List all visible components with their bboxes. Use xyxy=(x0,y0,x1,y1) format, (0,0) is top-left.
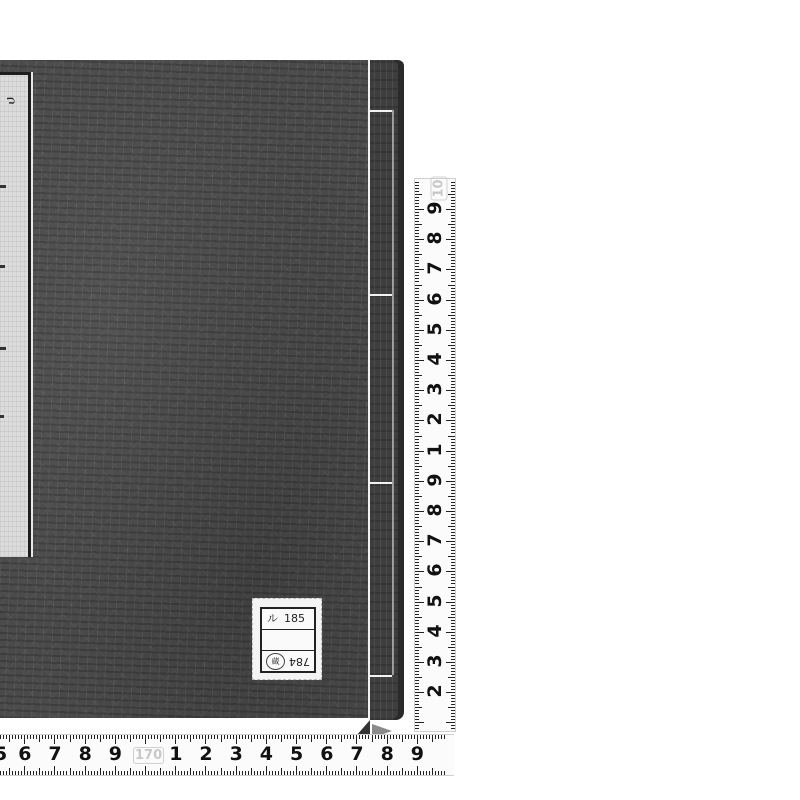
ruler-tick xyxy=(208,771,209,775)
ruler-tick xyxy=(94,771,95,775)
ruler-tick xyxy=(106,735,107,739)
ruler-tick xyxy=(451,381,455,382)
ruler-tick xyxy=(415,665,419,666)
ruler-tick xyxy=(448,526,455,527)
ruler-tick xyxy=(415,701,419,702)
ruler-tick xyxy=(302,735,303,739)
ruler-tick xyxy=(97,735,98,739)
ruler-tick xyxy=(103,735,104,739)
ruler-tick xyxy=(448,375,455,376)
spine-stitch xyxy=(368,482,392,484)
ruler-tick xyxy=(415,360,424,361)
ruler-tick xyxy=(196,771,197,775)
ruler-tick xyxy=(127,735,128,739)
ruler-tick xyxy=(451,227,455,228)
ruler-tick xyxy=(446,632,455,633)
ruler-tick xyxy=(415,454,419,455)
ruler-tick xyxy=(415,695,419,696)
ruler-tick xyxy=(27,735,28,739)
ruler-tick xyxy=(446,239,455,240)
ruler-tick xyxy=(384,771,385,775)
ruler-tick xyxy=(451,695,455,696)
ruler-tick xyxy=(51,771,52,775)
ruler-tick xyxy=(451,324,455,325)
ruler-tick xyxy=(415,182,419,183)
ruler-tick xyxy=(66,735,67,739)
ruler-tick xyxy=(323,735,324,739)
ruler-tick xyxy=(415,526,422,527)
ruler-tick xyxy=(399,735,400,739)
ruler-tick xyxy=(448,405,455,406)
ruler-tick xyxy=(384,735,385,739)
ruler-tick xyxy=(451,641,455,642)
ruler-tick xyxy=(263,771,264,775)
ruler-tick xyxy=(438,735,439,739)
ruler-tick xyxy=(451,402,455,403)
ruler-tick xyxy=(347,771,348,775)
ruler-tick xyxy=(415,466,422,467)
ruler-tick xyxy=(415,547,419,548)
ruler-tick xyxy=(451,203,455,204)
ruler-tick xyxy=(287,735,288,739)
ruler-label: 5 xyxy=(290,743,303,765)
ruler-tick xyxy=(415,614,419,615)
ruler-tick xyxy=(415,408,419,409)
ruler-tick xyxy=(451,562,455,563)
ruler-tick xyxy=(415,605,419,606)
ruler-tick xyxy=(446,571,455,572)
ruler-tick xyxy=(448,254,455,255)
ruler-tick xyxy=(451,236,455,237)
ruler-tick xyxy=(205,766,206,775)
ruler-tick xyxy=(233,771,234,775)
ruler-tick xyxy=(451,583,455,584)
ruler-tick xyxy=(233,735,234,739)
ruler-tick xyxy=(154,771,155,775)
ruler-tick xyxy=(415,372,419,373)
ruler-tick xyxy=(415,272,419,273)
ruler-tick xyxy=(393,735,394,739)
ruler-tick xyxy=(12,735,13,739)
ruler-label: 4 xyxy=(260,743,273,765)
ruler-tick xyxy=(451,423,455,424)
ruler-tick xyxy=(227,771,228,775)
ruler-tick xyxy=(451,710,455,711)
ruler-tick xyxy=(368,735,369,739)
ruler-tick xyxy=(172,771,173,775)
ruler-label: 2 xyxy=(199,743,212,765)
ruler-tick xyxy=(444,735,445,739)
ruler-tick xyxy=(415,321,419,322)
ruler-tick xyxy=(451,689,455,690)
ruler-tick xyxy=(451,671,455,672)
ruler-tick xyxy=(299,735,300,739)
ruler-tick xyxy=(415,535,419,536)
ruler-tick xyxy=(208,735,209,739)
ruler-tick xyxy=(415,677,422,678)
ruler-tick xyxy=(169,735,170,739)
ruler-tick xyxy=(0,771,1,775)
ruler-tick xyxy=(420,771,421,775)
ruler-tick xyxy=(451,532,455,533)
ruler-tick xyxy=(296,766,297,775)
ruler-tick xyxy=(30,735,31,739)
ruler-tick xyxy=(451,321,455,322)
ruler-tick xyxy=(451,683,455,684)
ruler-tick xyxy=(451,297,455,298)
ruler-tick xyxy=(415,538,419,539)
ruler-tick xyxy=(254,735,255,739)
ruler-tick xyxy=(415,236,419,237)
ruler-tick xyxy=(451,197,455,198)
ruler-tick xyxy=(451,626,455,627)
ruler-tick xyxy=(193,771,194,775)
ruler-tick xyxy=(432,768,433,775)
label-frame: ル 185 蔵 784 xyxy=(260,607,316,673)
ruler-tick xyxy=(415,463,419,464)
ruler-tick xyxy=(311,768,312,775)
ruler-tick xyxy=(451,257,455,258)
ruler-tick xyxy=(415,559,419,560)
ruler-tick xyxy=(448,647,455,648)
ruler-tick xyxy=(415,396,419,397)
ruler-tick xyxy=(415,275,419,276)
ruler-tick xyxy=(415,716,419,717)
ruler-tick xyxy=(446,300,455,301)
ruler-tick xyxy=(426,771,427,775)
ruler-tick xyxy=(415,647,422,648)
ruler-tick xyxy=(415,487,419,488)
spine-stitch xyxy=(368,110,392,112)
ruler-tick xyxy=(451,215,455,216)
ruler-tick xyxy=(415,384,419,385)
ruler-tick xyxy=(451,653,455,654)
ruler-tick xyxy=(127,771,128,775)
ruler-tick xyxy=(254,771,255,775)
ruler-tick xyxy=(451,596,455,597)
ruler-tick xyxy=(36,771,37,775)
ruler-tick xyxy=(402,768,403,775)
ruler-tick xyxy=(451,442,455,443)
ruler-tick xyxy=(415,623,419,624)
ruler-tick xyxy=(293,735,294,739)
book-spine xyxy=(368,60,404,720)
ruler-tick xyxy=(415,635,419,636)
spine-stitch xyxy=(368,675,392,677)
ruler-tick xyxy=(88,771,89,775)
ruler-tick xyxy=(154,735,155,739)
ruler-tick xyxy=(314,771,315,775)
ruler-tick xyxy=(415,529,419,530)
ruler-tick xyxy=(0,735,1,739)
ruler-tick xyxy=(451,704,455,705)
ruler-tick xyxy=(390,735,391,739)
ruler-label: 3 xyxy=(424,651,446,671)
ruler-tick xyxy=(251,735,252,742)
ruler-tick xyxy=(451,469,455,470)
ruler-tick xyxy=(145,735,146,744)
ruler-tick xyxy=(359,771,360,775)
ruler-tick xyxy=(245,771,246,775)
ruler-tick xyxy=(451,463,455,464)
ruler-label: 7 xyxy=(48,743,61,765)
ruler-tick xyxy=(415,620,419,621)
ruler-tick xyxy=(284,735,285,739)
ruler-tick xyxy=(196,735,197,739)
ruler-tick xyxy=(429,771,430,775)
ruler-label: 7 xyxy=(424,258,446,278)
ruler-tick xyxy=(230,771,231,775)
ruler-tick xyxy=(448,587,455,588)
ruler-tick xyxy=(415,318,419,319)
ruler-tick xyxy=(396,735,397,739)
ruler-tick xyxy=(451,668,455,669)
ruler-tick xyxy=(415,218,419,219)
ruler-tick xyxy=(451,303,455,304)
ruler-tick xyxy=(451,686,455,687)
ruler-tick xyxy=(341,735,342,742)
ruler-tick xyxy=(415,490,419,491)
ruler-tick xyxy=(169,771,170,775)
ruler-tick xyxy=(320,771,321,775)
ruler-label: 3 xyxy=(230,743,243,765)
ruler-tick xyxy=(97,771,98,775)
ruler-tick xyxy=(415,339,419,340)
ruler-tick xyxy=(338,735,339,739)
ruler-tick xyxy=(429,735,430,739)
ruler-tick xyxy=(338,771,339,775)
ruler-tick xyxy=(260,771,261,775)
title-slip-mark xyxy=(0,415,4,418)
ruler-tick xyxy=(415,378,419,379)
ruler-tick xyxy=(79,771,80,775)
ruler-tick xyxy=(281,735,282,742)
ruler-tick xyxy=(448,556,455,557)
ruler-tick xyxy=(451,339,455,340)
ruler-tick xyxy=(415,442,419,443)
ruler-tick xyxy=(415,245,419,246)
ruler-tick xyxy=(451,266,455,267)
ruler-tick xyxy=(415,710,419,711)
spine-edge-highlight xyxy=(392,110,394,675)
ruler-tick xyxy=(415,580,419,581)
ruler-tick xyxy=(415,306,419,307)
ruler-tick xyxy=(272,735,273,739)
ruler-tick xyxy=(39,768,40,775)
ruler-tick xyxy=(145,766,146,775)
ruler-tick xyxy=(415,650,419,651)
ruler-tick xyxy=(420,735,421,739)
ruler-tick xyxy=(415,436,422,437)
ruler-tick xyxy=(451,417,455,418)
ruler-tick xyxy=(415,532,419,533)
ruler-tick xyxy=(415,448,419,449)
ruler-tick xyxy=(415,472,419,473)
ruler-tick xyxy=(350,735,351,739)
ruler-tick xyxy=(451,508,455,509)
ruler-tick xyxy=(451,484,455,485)
ruler-tick xyxy=(411,771,412,775)
ruler-tick xyxy=(415,520,419,521)
ruler-tick xyxy=(451,393,455,394)
ruler-tick xyxy=(446,662,455,663)
ruler-tick xyxy=(18,771,19,775)
ruler-tick xyxy=(15,771,16,775)
ruler-tick xyxy=(451,384,455,385)
ruler-tick xyxy=(451,445,455,446)
ruler-tick xyxy=(103,771,104,775)
ruler-tick xyxy=(415,556,422,557)
ruler-tick xyxy=(415,297,419,298)
ruler-tick xyxy=(415,203,419,204)
ruler-tick xyxy=(415,263,419,264)
ruler-tick xyxy=(48,771,49,775)
ruler-tick xyxy=(446,451,455,452)
ruler-tick xyxy=(308,771,309,775)
ruler-tick xyxy=(139,771,140,775)
ruler-tick xyxy=(451,680,455,681)
ruler-tick xyxy=(423,771,424,775)
ruler-tick xyxy=(33,735,34,739)
ruler-tick xyxy=(45,771,46,775)
ruler-tick xyxy=(193,735,194,739)
ruler-tick xyxy=(451,547,455,548)
ruler-tick xyxy=(451,206,455,207)
ruler-tick xyxy=(221,735,222,742)
ruler-label: 6 xyxy=(320,743,333,765)
ruler-tick xyxy=(311,735,312,742)
ruler-label: 8 xyxy=(424,228,446,248)
ruler-label: 2 xyxy=(424,681,446,701)
ruler-tick xyxy=(415,399,419,400)
ruler-tick xyxy=(82,735,83,739)
ruler-tick xyxy=(451,327,455,328)
ruler-tick xyxy=(109,771,110,775)
ruler-tick xyxy=(451,538,455,539)
ruler-tick xyxy=(451,351,455,352)
ruler-tick xyxy=(415,269,424,270)
ruler-tick xyxy=(272,771,273,775)
ruler-tick xyxy=(415,354,419,355)
ruler-label: 8 xyxy=(381,743,394,765)
ruler-tick xyxy=(148,771,149,775)
ruler-tick xyxy=(451,369,455,370)
ruler-tick xyxy=(451,188,455,189)
ruler-tick xyxy=(332,771,333,775)
ruler-tick xyxy=(415,728,419,729)
ruler-tick xyxy=(415,260,419,261)
ruler-tick xyxy=(415,508,419,509)
ruler-tick xyxy=(451,363,455,364)
ruler-tick xyxy=(448,617,455,618)
ruler-tick xyxy=(415,475,419,476)
ruler-tick xyxy=(76,771,77,775)
ruler-tick xyxy=(448,224,455,225)
ruler-tick xyxy=(326,766,327,775)
ruler-tick xyxy=(451,544,455,545)
ruler-label: 6 xyxy=(424,560,446,580)
ruler-tick xyxy=(160,768,161,775)
ruler-tick xyxy=(451,260,455,261)
ruler-tick xyxy=(33,771,34,775)
ruler-tick xyxy=(415,707,422,708)
ruler-tick xyxy=(76,735,77,739)
ruler-tick xyxy=(157,735,158,739)
ruler-tick xyxy=(451,520,455,521)
ruler-tick xyxy=(448,315,455,316)
ruler-tick xyxy=(451,550,455,551)
ruler-tick xyxy=(163,735,164,739)
ruler-tick xyxy=(365,771,366,775)
ruler-tick xyxy=(211,735,212,739)
ruler-tick xyxy=(63,771,64,775)
ruler-tick xyxy=(415,680,419,681)
ruler-tick xyxy=(91,771,92,775)
ruler-tick xyxy=(30,771,31,775)
ruler-tick xyxy=(415,632,424,633)
ruler-tick xyxy=(70,768,71,775)
ruler-tick xyxy=(248,771,249,775)
ruler-tick xyxy=(362,735,363,739)
ruler-tick xyxy=(305,771,306,775)
ruler-tick xyxy=(446,602,455,603)
ruler-tick xyxy=(415,366,419,367)
ruler-tick xyxy=(415,215,419,216)
ruler-tick xyxy=(415,587,422,588)
ruler-tick xyxy=(451,517,455,518)
ruler-tick xyxy=(136,771,137,775)
ruler-tick xyxy=(451,182,455,183)
ruler-tick xyxy=(451,574,455,575)
title-slip: ቦ xyxy=(0,72,31,557)
ruler-tick xyxy=(451,478,455,479)
ruler-tick xyxy=(415,502,419,503)
ruler-tick xyxy=(435,735,436,739)
library-label: ル 185 蔵 784 xyxy=(252,598,322,680)
ruler-tick xyxy=(302,771,303,775)
ruler-tick xyxy=(415,671,419,672)
ruler-tick xyxy=(451,611,455,612)
ruler-tick xyxy=(448,345,455,346)
ruler-tick xyxy=(178,771,179,775)
ruler-tick xyxy=(124,735,125,739)
ownership-stamp-icon: 蔵 xyxy=(266,653,285,670)
ruler-tick xyxy=(91,735,92,739)
ruler-tick xyxy=(451,454,455,455)
ruler-tick xyxy=(451,278,455,279)
ruler-tick xyxy=(415,641,419,642)
ruler-tick xyxy=(451,230,455,231)
ruler-tick xyxy=(415,722,424,723)
ruler-tick xyxy=(151,735,152,739)
ruler-tick xyxy=(415,387,419,388)
ruler-tick xyxy=(54,766,55,775)
ruler-tick xyxy=(88,735,89,739)
ruler-tick xyxy=(415,324,419,325)
ruler-tick xyxy=(451,218,455,219)
ruler-tick xyxy=(451,599,455,600)
ruler-tick xyxy=(451,635,455,636)
ruler-tick xyxy=(415,251,419,252)
ruler-tick xyxy=(142,735,143,739)
ruler-tick xyxy=(446,390,455,391)
ruler-tick xyxy=(451,448,455,449)
ruler-tick xyxy=(451,514,455,515)
ruler-tick xyxy=(415,590,419,591)
ruler-tick xyxy=(415,608,419,609)
ruler-tick xyxy=(257,771,258,775)
ruler-tick xyxy=(415,562,419,563)
